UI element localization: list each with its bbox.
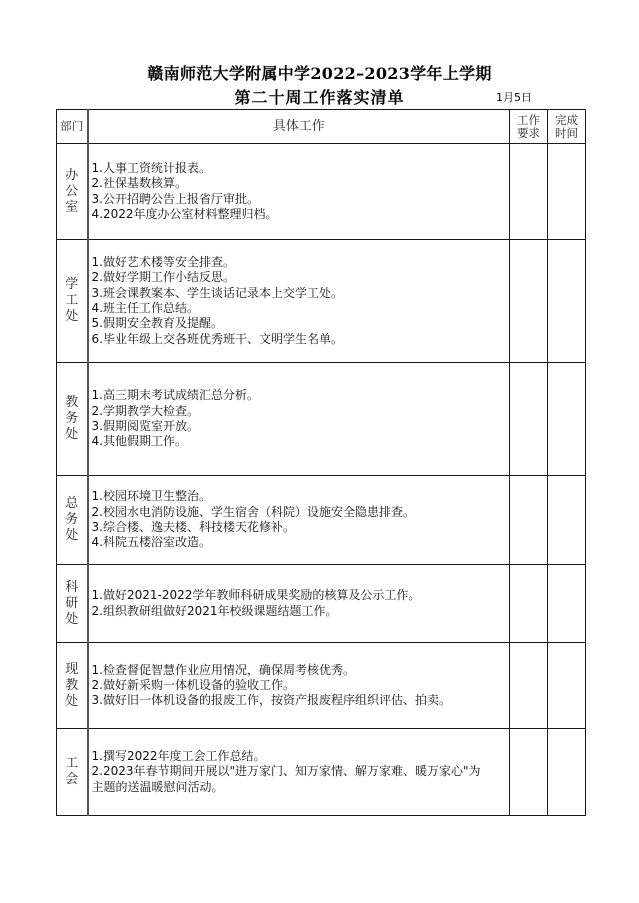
table-row-academic-affairs: 教务处 1.高三期末考试成绩汇总分析。 2.学期教学大检查。 3.假期阅览室开放… (57, 363, 586, 476)
task-item: 3.综合楼、逸夫楼、科技楼天花修补。 (92, 520, 510, 535)
dept-cell: 科研处 (57, 565, 88, 643)
completion-cell[interactable] (548, 240, 586, 363)
tasks-cell[interactable]: 1.人事工资统计报表。 2.社保基数核算。 3.公开招聘公告上报省厅审批。 4.… (88, 144, 510, 240)
tasks-cell[interactable]: 1.做好艺术楼等安全排查。 2.做好学期工作小结反思。 3.班会课教案本、学生谈… (88, 240, 510, 363)
requirement-cell[interactable] (510, 240, 548, 363)
task-item: 2.社保基数核算。 (92, 176, 510, 191)
dept-cell: 总务处 (57, 476, 88, 565)
task-item: 1.做好2021-2022学年教师科研成果奖励的核算及公示工作。 (92, 588, 510, 603)
header-completion: 完成时间 (548, 110, 586, 144)
task-item: 2.2023年春节期间开展以"进万家门、知万家情、解万家难、暖万家心"为主题的送… (92, 764, 492, 795)
document-date: 1月5日 (496, 89, 532, 105)
tasks-cell[interactable]: 1.校园环境卫生整治。 2.校园水电消防设施、学生宿舍（科院）设施安全隐患排查。… (88, 476, 510, 565)
task-item: 3.做好旧一体机设备的报废工作，按资产报废程序组织评估、拍卖。 (92, 693, 487, 708)
task-item: 5.假期安全教育及提醒。 (92, 316, 510, 331)
task-item: 1.撰写2022年度工会工作总结。 (92, 749, 510, 764)
task-item: 1.人事工资统计报表。 (92, 161, 510, 176)
table-row-general-affairs: 总务处 1.校园环境卫生整治。 2.校园水电消防设施、学生宿舍（科院）设施安全隐… (57, 476, 586, 565)
requirement-cell[interactable] (510, 144, 548, 240)
task-item: 2.组织教研组做好2021年校级课题结题工作。 (92, 604, 510, 619)
dept-cell: 工会 (57, 729, 88, 816)
task-item: 3.班会课教案本、学生谈话记录本上交学工处。 (92, 286, 510, 301)
task-item: 2.校园水电消防设施、学生宿舍（科院）设施安全隐患排查。 (92, 505, 510, 520)
table-row-student-affairs: 学工处 1.做好艺术楼等安全排查。 2.做好学期工作小结反思。 3.班会课教案本… (57, 240, 586, 363)
completion-cell[interactable] (548, 144, 586, 240)
completion-cell[interactable] (548, 643, 586, 729)
tasks-cell[interactable]: 1.撰写2022年度工会工作总结。 2.2023年春节期间开展以"进万家门、知万… (88, 729, 510, 816)
task-item: 3.公开招聘公告上报省厅审批。 (92, 192, 510, 207)
task-item: 1.检查督促智慧作业应用情况，确保周考核优秀。 (92, 663, 510, 678)
header-row: 部门 具体工作 工作要求 完成时间 (57, 110, 586, 144)
dept-cell: 现教处 (57, 643, 88, 729)
table-row-office: 办公室 1.人事工资统计报表。 2.社保基数核算。 3.公开招聘公告上报省厅审批… (57, 144, 586, 240)
requirement-cell[interactable] (510, 565, 548, 643)
task-item: 1.做好艺术楼等安全排查。 (92, 255, 510, 270)
header-work: 具体工作 (88, 110, 510, 144)
table-row-modern-education: 现教处 1.检查督促智慧作业应用情况，确保周考核优秀。 2.做好新采购一体机设备… (57, 643, 586, 729)
table-row-labor-union: 工会 1.撰写2022年度工会工作总结。 2.2023年春节期间开展以"进万家门… (57, 729, 586, 816)
document-title: 赣南师范大学附属中学2022–2023学年上学期 (0, 61, 639, 84)
task-item: 1.高三期末考试成绩汇总分析。 (92, 388, 510, 403)
task-item: 2.做好新采购一体机设备的验收工作。 (92, 678, 510, 693)
requirement-cell[interactable] (510, 643, 548, 729)
header-dept: 部门 (57, 110, 88, 144)
task-item: 6.毕业年级上交各班优秀班干、文明学生名单。 (92, 332, 510, 347)
work-checklist-table: 部门 具体工作 工作要求 完成时间 办公室 1.人事工资统计报表。 2.社保基数… (56, 109, 586, 816)
task-item: 2.做好学期工作小结反思。 (92, 270, 510, 285)
completion-cell[interactable] (548, 363, 586, 476)
dept-cell: 办公室 (57, 144, 88, 240)
completion-cell[interactable] (548, 476, 586, 565)
header-requirement: 工作要求 (510, 110, 548, 144)
dept-cell: 学工处 (57, 240, 88, 363)
task-item: 1.校园环境卫生整治。 (92, 489, 510, 504)
tasks-cell[interactable]: 1.高三期末考试成绩汇总分析。 2.学期教学大检查。 3.假期阅览室开放。 4.… (88, 363, 510, 476)
task-item: 2.学期教学大检查。 (92, 404, 510, 419)
task-item: 4.科院五楼浴室改造。 (92, 535, 510, 550)
task-item: 3.假期阅览室开放。 (92, 419, 510, 434)
tasks-cell[interactable]: 1.检查督促智慧作业应用情况，确保周考核优秀。 2.做好新采购一体机设备的验收工… (88, 643, 510, 729)
document-subtitle: 第二十周工作落实清单 (0, 85, 639, 108)
completion-cell[interactable] (548, 565, 586, 643)
task-item: 4.其他假期工作。 (92, 434, 510, 449)
task-item: 4.班主任工作总结。 (92, 301, 510, 316)
requirement-cell[interactable] (510, 476, 548, 565)
tasks-cell[interactable]: 1.做好2021-2022学年教师科研成果奖励的核算及公示工作。 2.组织教研组… (88, 565, 510, 643)
task-item: 4.2022年度办公室材料整理归档。 (92, 207, 510, 222)
table-row-research: 科研处 1.做好2021-2022学年教师科研成果奖励的核算及公示工作。 2.组… (57, 565, 586, 643)
completion-cell[interactable] (548, 729, 586, 816)
requirement-cell[interactable] (510, 729, 548, 816)
requirement-cell[interactable] (510, 363, 548, 476)
dept-cell: 教务处 (57, 363, 88, 476)
